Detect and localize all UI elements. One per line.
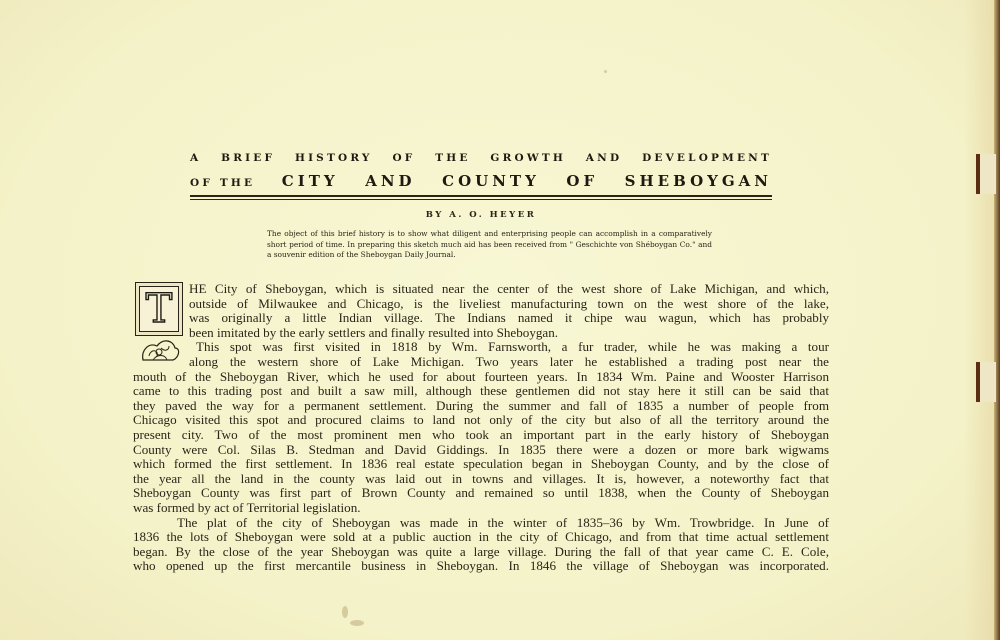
double-rule-thin [190, 199, 772, 200]
binding-staple-top [976, 154, 996, 194]
title-word: AND [365, 172, 415, 190]
text-line: been imitated by the early settlers and … [133, 326, 829, 341]
floral-ornament-icon [139, 336, 181, 362]
text-line: which formed the first settlement. In 18… [133, 457, 829, 472]
text-line: HE City of Sheboygan, which is situated … [133, 282, 829, 297]
paragraph-3: The plat of the city of Sheboygan was ma… [133, 516, 829, 574]
byline: BY A. O. HEYER [190, 210, 772, 220]
paper-stain [604, 70, 607, 73]
text-line: was originally a little Indian village. … [133, 311, 829, 326]
drop-cap-letter: T [139, 286, 179, 332]
title-word: COUNTY [442, 172, 540, 190]
paper-stain [350, 620, 364, 626]
text-line: The plat of the city of Sheboygan was ma… [133, 516, 829, 531]
text-line: began. By the close of the year Sheboyga… [133, 545, 829, 560]
text-line: who opened up the first mercantile busin… [133, 559, 829, 574]
title-word: CITY [282, 172, 339, 190]
text-line: 1836 the lots of Sheboygan were sold at … [133, 530, 829, 545]
binding-shadow [964, 0, 994, 640]
paragraph-2: This spot was first visited in 1818 by W… [133, 340, 829, 515]
binding-staple-bottom [976, 362, 996, 402]
paragraph-1: HE City of Sheboygan, which is situated … [133, 282, 829, 340]
text-line: along the western shore of Lake Michigan… [133, 355, 829, 370]
article-header: A BRIEF HISTORY OF THE GROWTH AND DEVELO… [190, 152, 772, 220]
binding-edge [994, 0, 1000, 640]
text-line: Sheboygan County was first part of Brown… [133, 486, 829, 501]
drop-cap: T [135, 282, 185, 362]
title-word: SHEBOYGAN [625, 172, 772, 190]
preface-note: The object of this brief history is to s… [267, 229, 712, 261]
text-line: This spot was first visited in 1818 by W… [133, 340, 829, 355]
text-line: outside of Milwaukee and Chicago, is the… [133, 297, 829, 312]
double-rule-thick [190, 195, 772, 197]
title-word: OF [566, 172, 598, 190]
text-line: they paved the way for a permanent settl… [133, 399, 829, 414]
text-line: the year all the land in the county was … [133, 472, 829, 487]
text-line: was formed by act of Territorial legisla… [133, 501, 829, 516]
paper-stain [342, 606, 348, 618]
text-line: County were Col. Silas B. Stedman and Da… [133, 443, 829, 458]
title-line-1: A BRIEF HISTORY OF THE GROWTH AND DEVELO… [190, 152, 772, 170]
text-line: Chicago visited this spot and procured c… [133, 413, 829, 428]
title-line-2: OF THE CITY AND COUNTY OF SHEBOYGAN [190, 172, 772, 190]
drop-cap-frame: T [135, 282, 183, 336]
text-line: mouth of the Sheboygan River, which he u… [133, 370, 829, 385]
text-line: came to this trading post and built a sa… [133, 384, 829, 399]
title-prefix: OF THE [190, 177, 255, 189]
text-line: present city. Two of the most prominent … [133, 428, 829, 443]
document-page: A BRIEF HISTORY OF THE GROWTH AND DEVELO… [0, 0, 1000, 640]
article-body: T HE City of Sheboygan, which is situate… [133, 282, 829, 574]
